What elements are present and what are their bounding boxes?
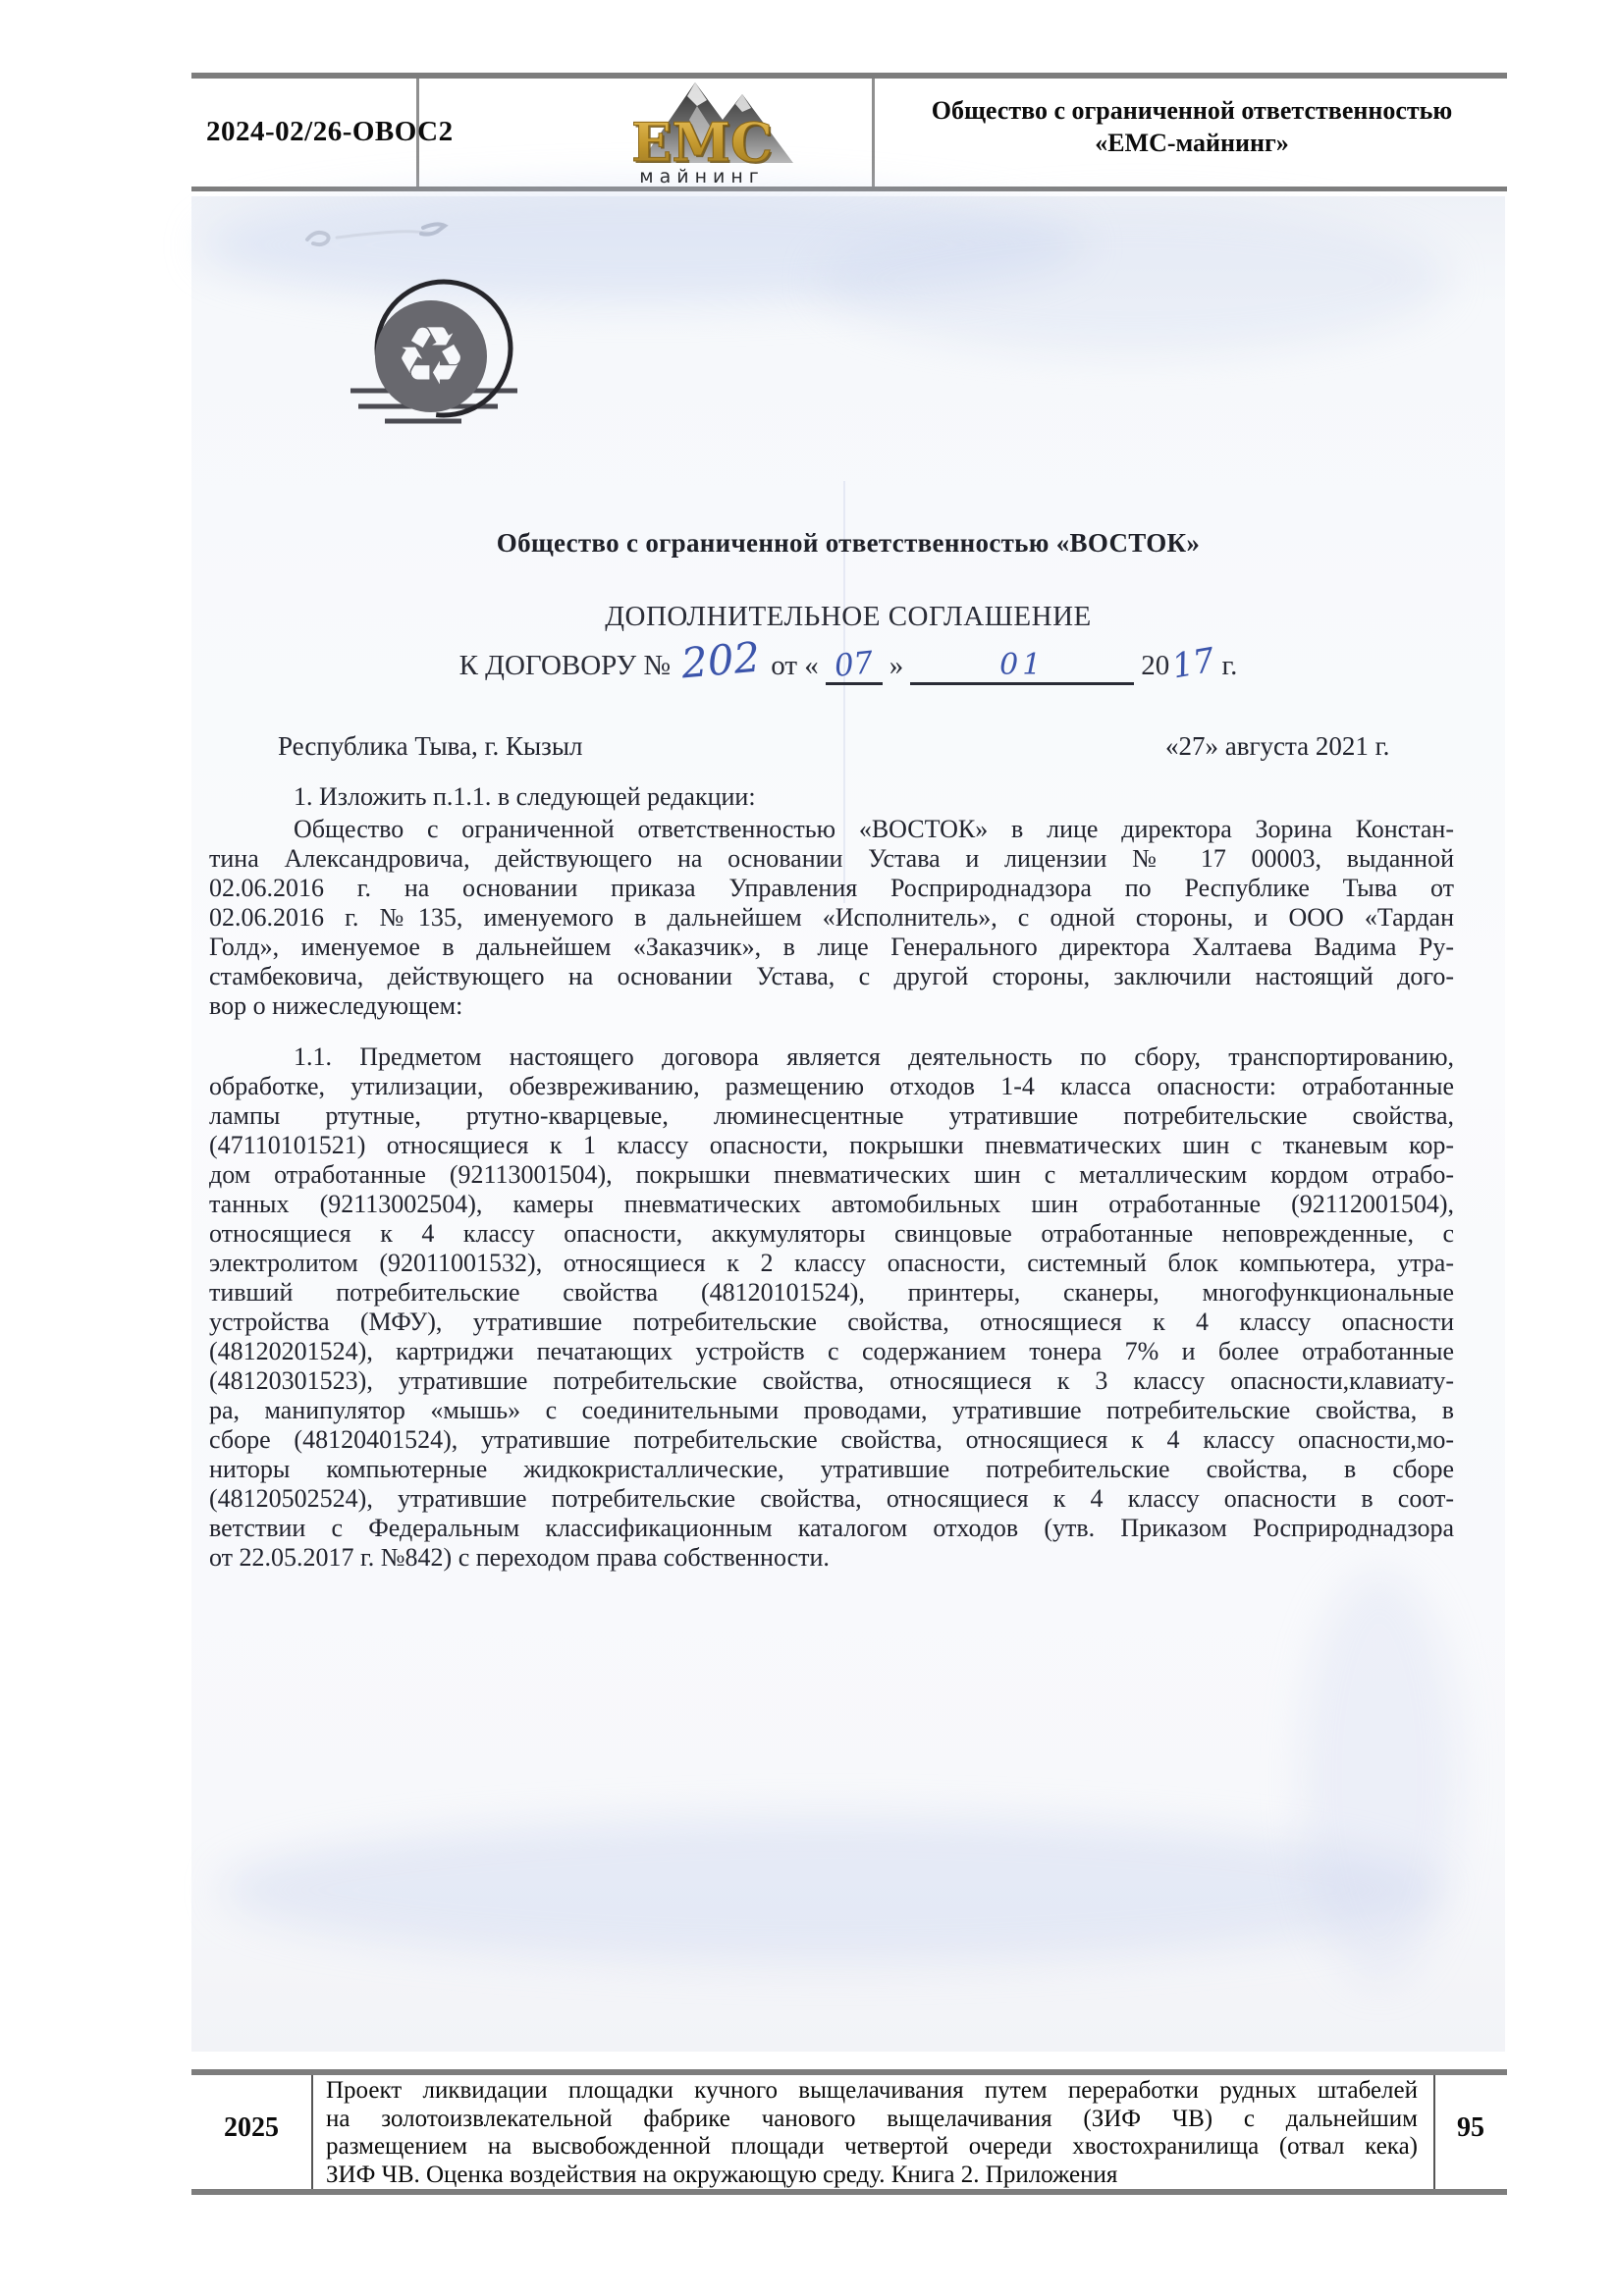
paragraph-subject: 1.1. Предметом настоящего договора являе…: [209, 1042, 1454, 1573]
paragraph-parties: Общество с ограниченной ответственностью…: [209, 815, 1454, 1021]
text-line: танных (92113002504), камеры пневматичес…: [209, 1190, 1454, 1219]
agreement-quote-close: »: [889, 650, 904, 682]
footer-project-description: Проект ликвидации площадки кучного выщел…: [326, 2077, 1418, 2189]
text-line: на золотоизвлекательной фабрике чанового…: [326, 2106, 1418, 2134]
company-name-line2: «ЕМС-майнинг»: [874, 127, 1510, 159]
text-line: тивший потребительские свойства (4812010…: [209, 1278, 1454, 1308]
agreement-title: ДОПОЛНИТЕЛЬНОЕ СОГЛАШЕНИЕ: [191, 601, 1505, 633]
text-line: обработке, утилизации, обезвреживанию, р…: [209, 1072, 1454, 1101]
org-title: Общество с ограниченной ответственностью…: [191, 528, 1505, 559]
svg-text:ЕМС: ЕМС: [631, 111, 773, 174]
text-line: (48120301523), утратившие потребительски…: [209, 1366, 1454, 1396]
svg-text:♻: ♻: [395, 310, 467, 403]
text-line: размещением на высвобожденной площади че…: [326, 2133, 1418, 2162]
text-line: стамбековича, действующего на основании …: [209, 962, 1454, 991]
scanned-agreement-sheet: ♻ Общество с ограниченной ответственност…: [191, 196, 1505, 2052]
date-label: «27» августа 2021 г.: [1165, 731, 1389, 762]
mountain-icon: ЕМС ЕМС майнинг: [550, 77, 854, 187]
svg-text:майнинг: майнинг: [639, 166, 765, 187]
year-printed: 20: [1141, 650, 1169, 682]
footer-divider-left: [311, 2075, 313, 2189]
text-line: от 22.05.2017 г. №842) с переходом права…: [209, 1543, 1454, 1573]
scan-tint-bottom: [221, 1816, 1438, 1963]
place-label: Республика Тыва, г. Кызыл: [278, 731, 582, 762]
text-line: ЗИФ ЧВ. Оценка воздействия на окружающую…: [326, 2162, 1418, 2190]
text-line: 1.1. Предметом настоящего договора являе…: [209, 1042, 1454, 1072]
company-name-line1: Общество с ограниченной ответственностью: [874, 94, 1510, 127]
text-line: сборе (48120401524), утратившие потребит…: [209, 1425, 1454, 1455]
text-line: (48120201524), картриджи печатающих устр…: [209, 1337, 1454, 1366]
text-line: ра, манипулятор «мышь» с соединительными…: [209, 1396, 1454, 1425]
document-code: 2024-02/26-ОВОС2: [206, 116, 454, 148]
text-line: ветствии с Федеральным классификационным…: [209, 1514, 1454, 1543]
text-line: дом отработанные (92113001504), покрышки…: [209, 1160, 1454, 1190]
text-line: (48120502524), утратившие потребительски…: [209, 1484, 1454, 1514]
company-name-block: Общество с ограниченной ответственностью…: [874, 94, 1510, 159]
handwritten-year: 17: [1169, 641, 1218, 687]
text-line: устройства (МФУ), утратившие потребитель…: [209, 1308, 1454, 1337]
year-suffix: г.: [1222, 650, 1238, 682]
text-line: Общество с ограниченной ответственностью…: [209, 815, 1454, 844]
text-line: (47110101521) относящиеся к 1 классу опа…: [209, 1131, 1454, 1160]
scan-tint-right: [1301, 1571, 1458, 1983]
agreement-number-line: К ДОГОВОРУ № 202 от « 07 » 01 20 17 г.: [191, 636, 1505, 685]
footer-year: 2025: [191, 2112, 311, 2144]
text-line: электролитом (92011001532), относящиеся …: [209, 1249, 1454, 1278]
text-line: Голд», именуемое в дальнейшем «Заказчик»…: [209, 933, 1454, 962]
text-line: 02.06.2016 г. №135, именуемого в дальней…: [209, 903, 1454, 933]
handwritten-contract-number: 202: [679, 633, 762, 688]
text-line: вор о нижеследующем:: [209, 991, 1454, 1021]
text-line: Проект ликвидации площадки кучного выщел…: [326, 2077, 1418, 2106]
document-page: 2024-02/26-ОВОС2 ЕМС ЕМС майнинг Обществ…: [0, 0, 1616, 2296]
footer-bottom-rule: [191, 2189, 1507, 2195]
clause-intro: 1. Изложить п.1.1. в следующей редакции:: [209, 782, 1535, 812]
page-number: 95: [1433, 2112, 1508, 2144]
text-line: лампы ртутные, ртутно-кварцевые, люминес…: [209, 1101, 1454, 1131]
scan-tint-top-right: [820, 206, 1448, 353]
text-line: относящиеся к 4 классу опасности, аккуму…: [209, 1219, 1454, 1249]
footer-top-rule: [191, 2069, 1507, 2075]
day-blank: 07: [826, 647, 883, 685]
agreement-prefix: К ДОГОВОРУ №: [459, 650, 671, 682]
month-blank: 01: [910, 648, 1134, 685]
handwritten-day: 07: [833, 645, 875, 684]
pencil-mark: [297, 212, 484, 256]
emc-mining-logo: ЕМС ЕМС майнинг: [550, 77, 854, 187]
text-line: 02.06.2016 г. на основании приказа Управ…: [209, 874, 1454, 903]
recycle-icon: ♻: [329, 255, 574, 452]
header-bottom-rule: [191, 187, 1507, 191]
text-line: тина Александровича, действующего на осн…: [209, 844, 1454, 874]
handwritten-month: 01: [999, 648, 1045, 682]
agreement-ot: от «: [771, 650, 819, 682]
text-line: ниторы компьютерные жидкокристаллические…: [209, 1455, 1454, 1484]
